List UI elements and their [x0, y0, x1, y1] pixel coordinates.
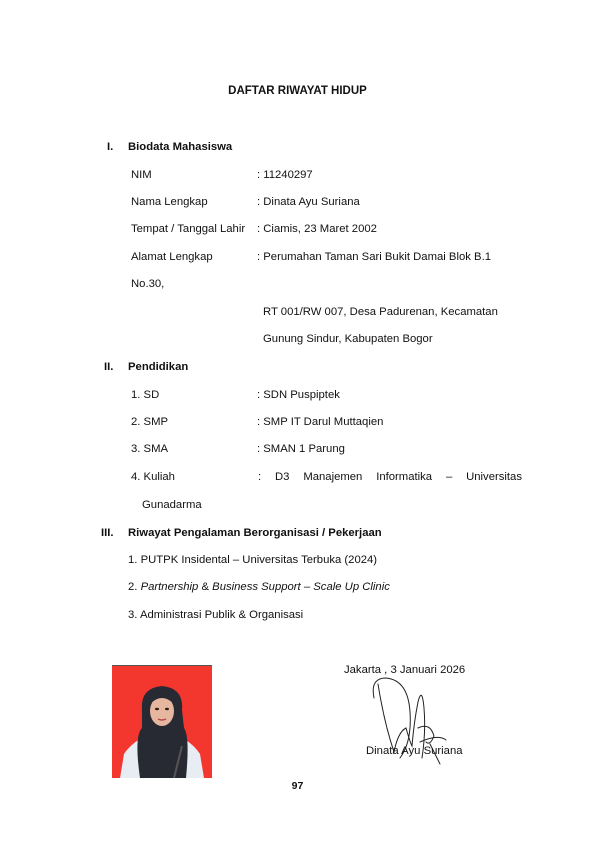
- edu-value-sma: : SMAN 1 Parung: [257, 444, 345, 455]
- address-line-2: RT 001/RW 007, Desa Padurenan, Kecamatan: [263, 307, 498, 318]
- experience-item-3: 3. Administrasi Publik & Organisasi: [128, 610, 303, 621]
- item-text: –: [301, 581, 314, 593]
- field-label-ttl: Tempat / Tanggal Lahir: [131, 224, 245, 235]
- item-text-italic: Scale Up Clinic: [313, 581, 390, 593]
- item-text: Administrasi Publik & Organisasi: [140, 609, 303, 621]
- experience-item-1: 1. PUTPK Insidental – Universitas Terbuk…: [128, 555, 377, 566]
- kuliah-part: D3: [275, 472, 289, 483]
- item-text: &: [198, 581, 212, 593]
- edu-value-kuliah: : D3 Manajemen Informatika – Universitas: [258, 472, 522, 483]
- field-value-nim: : 11240297: [257, 170, 313, 181]
- edu-label-kuliah: 4. Kuliah: [131, 472, 175, 483]
- item-text: PUTPK Insidental – Universitas Terbuka (…: [141, 554, 378, 566]
- experience-item-2: 2. Partnership & Business Support – Scal…: [128, 582, 390, 593]
- page-number: 97: [0, 781, 595, 792]
- edu-label-smp: 2. SMP: [131, 417, 168, 428]
- field-label-nim: NIM: [131, 170, 152, 181]
- item-number: 3.: [128, 609, 137, 621]
- kuliah-part: –: [446, 472, 452, 483]
- kuliah-part: :: [258, 472, 261, 483]
- kuliah-wrap: Gunadarma: [142, 500, 202, 511]
- field-label-alamat: Alamat Lengkap: [131, 252, 213, 263]
- person-portrait-icon: [112, 666, 212, 778]
- section-1-number: I.: [107, 142, 113, 153]
- kuliah-part: Manajemen: [303, 472, 362, 483]
- section-3-number: III.: [101, 528, 114, 539]
- edu-label-sd: 1. SD: [131, 390, 159, 401]
- item-text-italic: Business Support: [212, 581, 301, 593]
- field-label-nama: Nama Lengkap: [131, 197, 208, 208]
- signature-name: Dinata Ayu Suriana: [366, 746, 463, 757]
- address-wrap: No.30,: [131, 279, 164, 290]
- edu-value-smp: : SMP IT Darul Muttaqien: [257, 417, 383, 428]
- address-line-3: Gunung Sindur, Kabupaten Bogor: [263, 334, 433, 345]
- section-2-title: Pendidikan: [128, 362, 188, 373]
- kuliah-part: Universitas: [466, 472, 522, 483]
- document-title: DAFTAR RIWAYAT HIDUP: [0, 86, 595, 98]
- item-number: 1.: [128, 554, 137, 566]
- section-3-title: Riwayat Pengalaman Berorganisasi / Peker…: [128, 528, 382, 539]
- item-text-italic: Partnership: [141, 581, 199, 593]
- field-value-alamat: : Perumahan Taman Sari Bukit Damai Blok …: [257, 252, 491, 263]
- section-1-title: Biodata Mahasiswa: [128, 142, 232, 153]
- item-number: 2.: [128, 581, 137, 593]
- kuliah-part: Informatika: [376, 472, 432, 483]
- section-2-number: II.: [104, 362, 113, 373]
- field-value-ttl: : Ciamis, 23 Maret 2002: [257, 224, 377, 235]
- profile-photo: [112, 665, 212, 778]
- edu-label-sma: 3. SMA: [131, 444, 168, 455]
- field-value-nama: : Dinata Ayu Suriana: [257, 197, 360, 208]
- edu-value-sd: : SDN Puspiptek: [257, 390, 340, 401]
